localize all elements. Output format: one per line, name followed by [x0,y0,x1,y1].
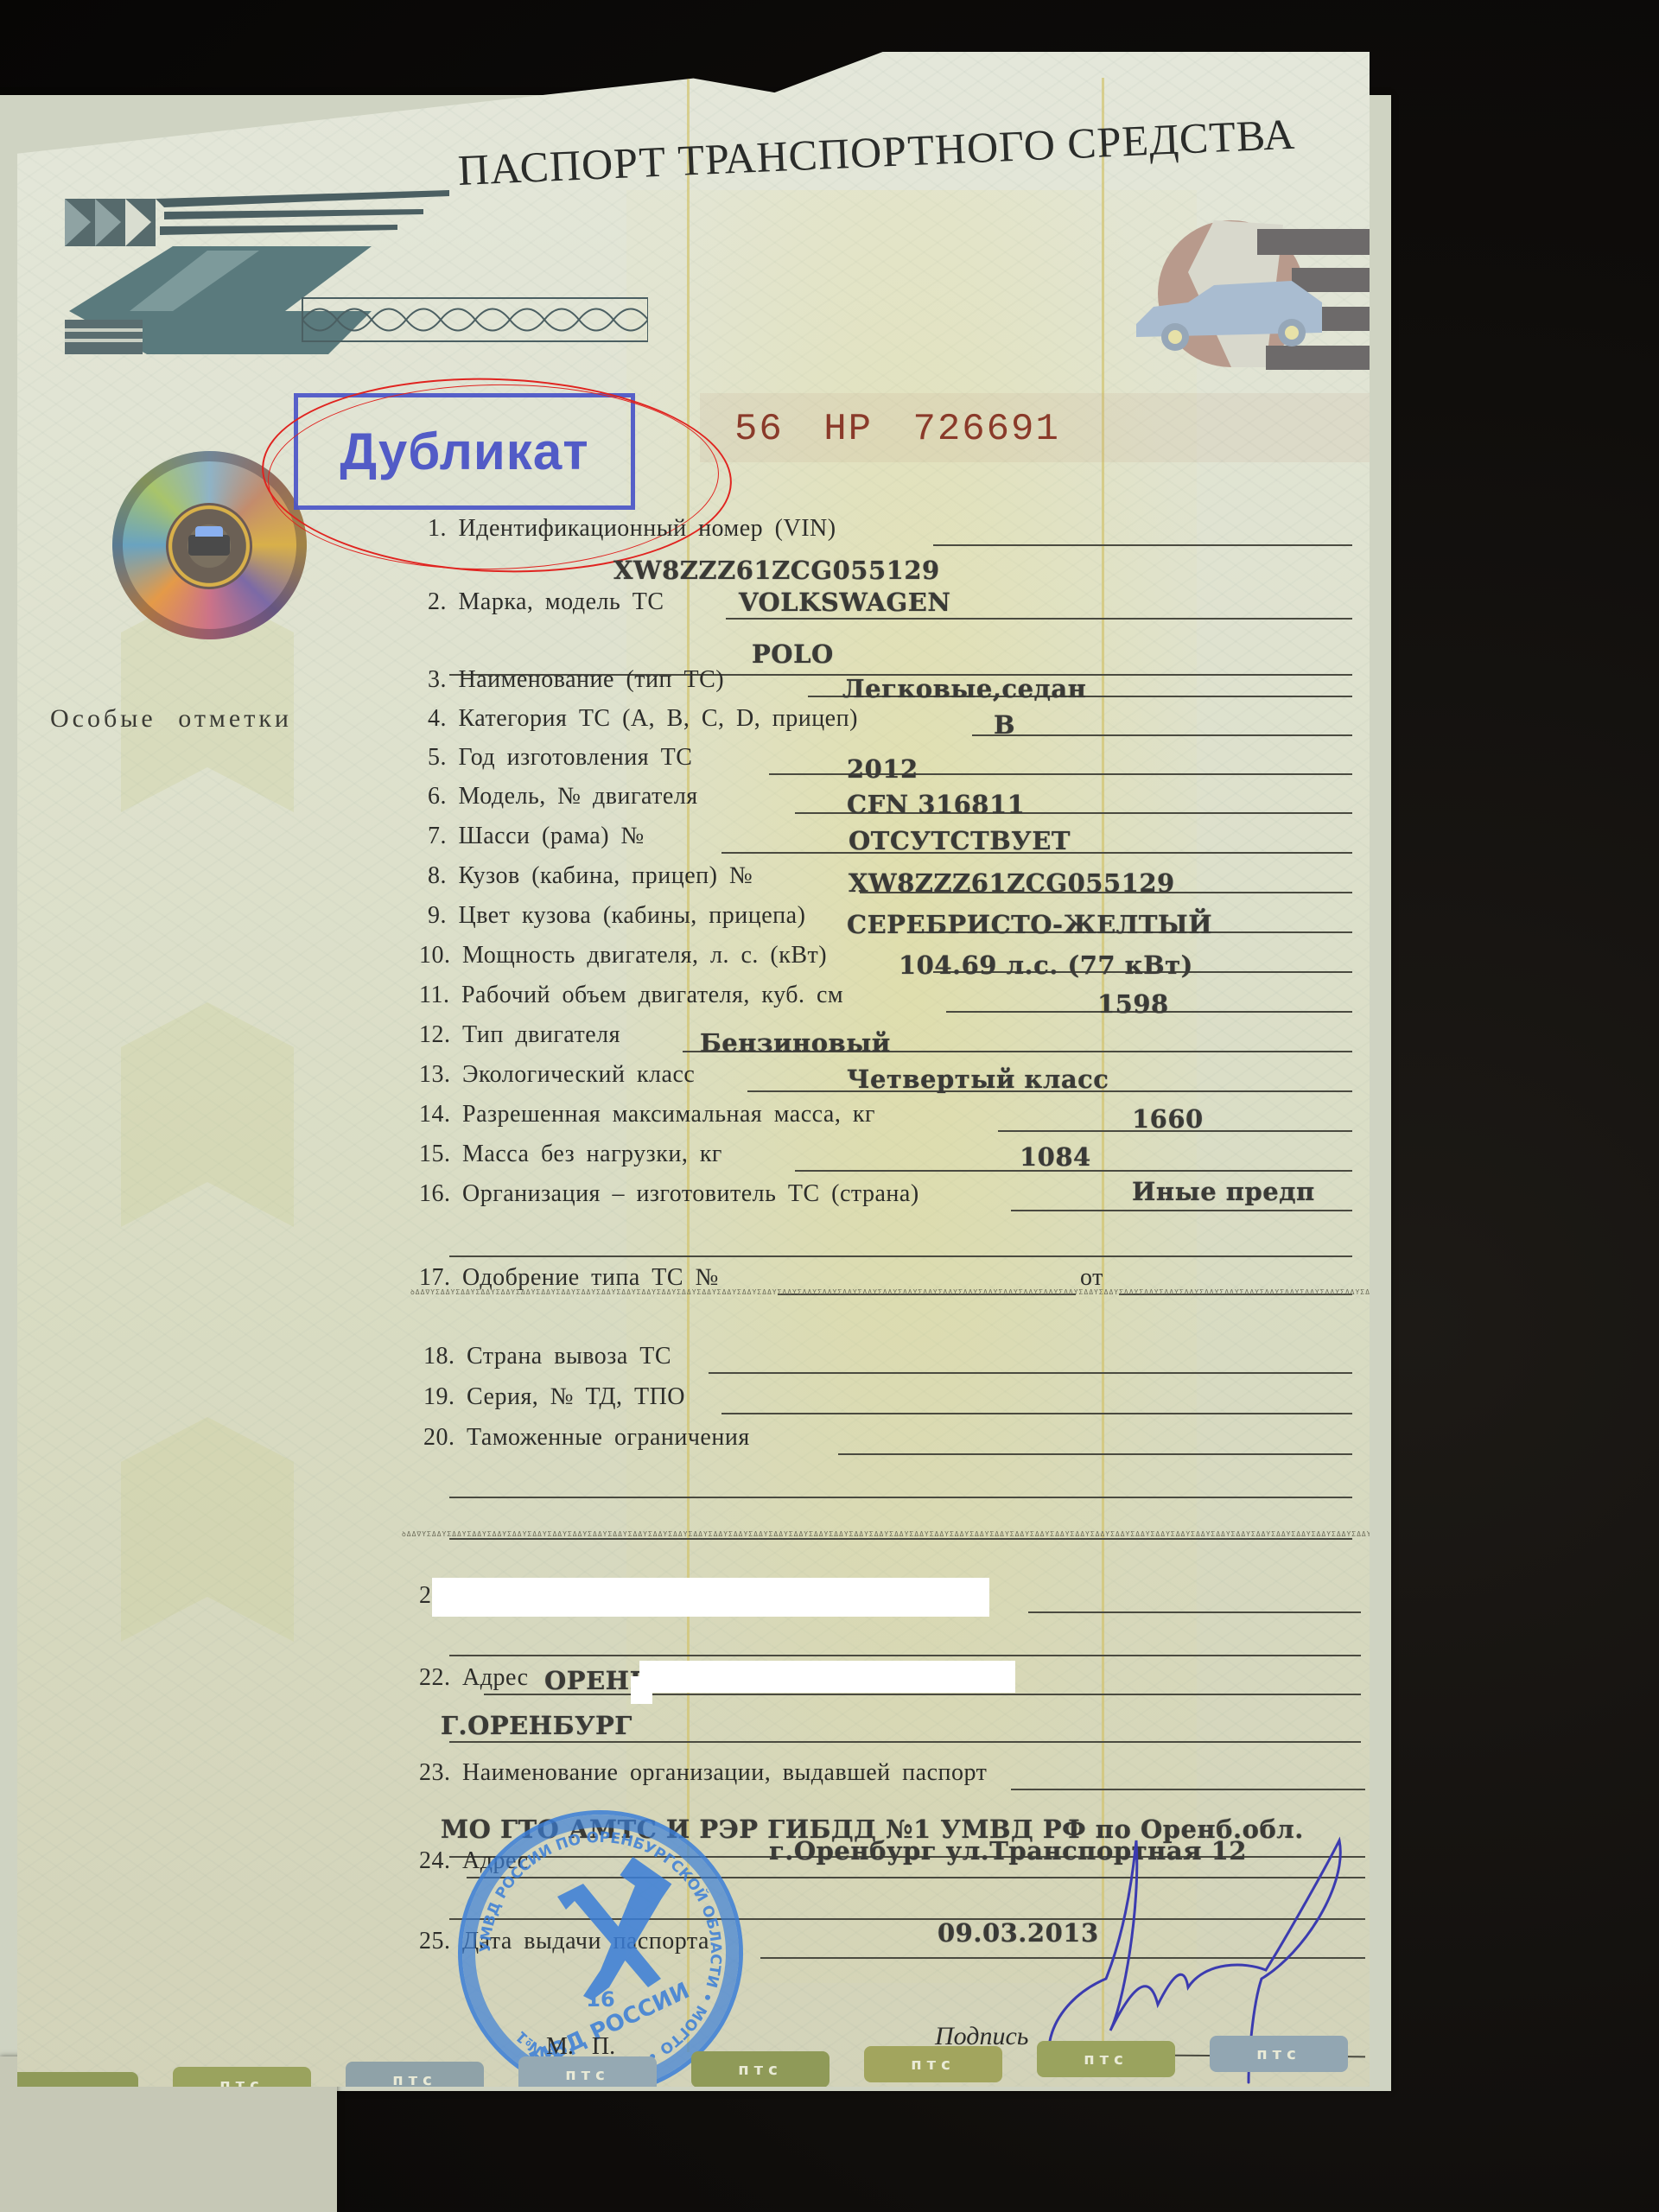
field-continuation-line [449,1497,1352,1498]
field-underline [709,1372,1352,1374]
special-marks-label: Особые отметки [50,704,292,734]
field-label: 11. Рабочий объем двигателя, куб. см [419,982,843,1009]
field-continuation-line [449,1655,1361,1656]
field-value-line2: POLO [752,639,834,669]
field-value: 1660 [1132,1104,1204,1134]
field-label: 16. Организация – изготовитель ТС (стран… [419,1180,919,1208]
pts-band-chip: птс [691,2051,829,2087]
field-value: CFN 316811 [847,790,1025,819]
field-value-line2: Г.ОРЕНБУРГ [441,1711,632,1740]
field-value: 2012 [847,754,918,784]
field-label: 8. Кузов (кабина, прицеп) № [428,862,753,890]
field-label: 7. Шасси (рама) № [428,823,645,850]
hologram-car-icon [188,535,230,556]
field-underline [933,544,1352,546]
field-label: 2. Марка, модель ТС [428,588,664,616]
field-label: 1. Идентификационный номер (VIN) [428,515,836,543]
field-label: 18. Страна вывоза ТС [423,1343,671,1370]
field-value: 1084 [1020,1142,1091,1172]
pts-band-chip: птс [518,2056,657,2087]
document-serial-number: 56 НР 726691 [734,408,1060,451]
watermark-chevron [121,1417,294,1642]
field-value: 1598 [1097,989,1169,1019]
field-underline [972,734,1352,736]
field-label: 12. Тип двигателя [419,1021,620,1049]
field-label: 22. Адрес [419,1664,529,1692]
field-underline [1011,1210,1352,1211]
field-label: 10. Мощность двигателя, л. с. (кВт) [419,942,827,969]
field-label: 15. Масса без нагрузки, кг [419,1141,722,1168]
field-continuation-line [449,1741,1361,1743]
field-label: 3. Наименование (тип ТС) [428,666,724,694]
document-title: ПАСПОРТ ТРАНСПОРТНОГО СРЕДСТВА [457,109,1297,195]
pts-band-chip: птс [864,2046,1002,2082]
ornament-divider: ꝺΔΔ∇ΥΣΔΔΥΣΔΔΥΣΔΔΥΣΔΔΥΣΔΔΥΣΔΔΥΣΔΔΥΣΔΔΥΣΔΔ… [402,1529,1370,1538]
serial-series: НР [823,408,873,451]
redacted-address-fragment [631,1676,652,1704]
serial-number: 726691 [912,408,1059,451]
redacted-address [639,1661,1015,1693]
field-value: Бензиновый [700,1028,891,1058]
field-label: 6. Модель, № двигателя [428,783,698,810]
ornament-divider: ꝺΔΔ∇ΥΣΔΔΥΣΔΔΥΣΔΔΥΣΔΔΥΣΔΔΥΣΔΔΥΣΔΔΥΣΔΔΥΣΔΔ… [410,1287,1370,1296]
field-continuation-line [449,1255,1352,1257]
field-value: Иные предп [1132,1177,1315,1206]
field-label: 19. Серия, № ТД, ТПО [423,1383,685,1411]
field-label: 20. Таможенные ограничения [423,1424,750,1452]
pts-band-chip: птс [1210,2036,1348,2072]
pts-band-chip: птс [173,2067,311,2087]
field-value: 104.69 л.с. (77 кВт) [899,950,1193,980]
watermark-chevron [121,1002,294,1227]
field-underline [721,1413,1352,1414]
field-underline [726,618,1352,620]
field-label: 4. Категория ТС (А, В, С, D, прицеп) [428,705,858,733]
field-value: Легковые,седан [842,674,1086,703]
field-value: XW8ZZZ61ZCG055129 [849,868,1175,898]
redacted-owner-name [432,1578,989,1617]
field-label: 13. Экологический класс [419,1061,695,1089]
field-underline [1011,1789,1365,1790]
pts-band-chip: птс [346,2062,484,2087]
field-continuation-line [449,1538,1352,1540]
field-underline [1028,1611,1361,1613]
vehicle-passport-page: ПАСПОРТ ТРАНСПОРТНОГО СРЕДСТВА 56 НР 726… [17,52,1370,2087]
field-underline [838,1453,1352,1455]
serial-region: 56 [734,408,784,451]
field-value: VOLKSWAGEN [739,588,950,617]
seal-number: 16 [462,1987,739,2012]
field-value: B [994,710,1015,740]
field-label: 14. Разрешенная максимальная масса, кг [419,1101,875,1128]
field-label: 23. Наименование организации, выдавшей п… [419,1759,987,1787]
field-value: Четвертый класс [847,1065,1109,1094]
field-value: СЕРЕБРИСТО-ЖЕЛТЫЙ [847,910,1212,939]
car-emblem-icon [1136,220,1370,376]
field-value: ОТСУТСТВУЕТ [849,826,1071,855]
pts-band-chip: птс [1037,2041,1175,2077]
field-value: XW8ZZZ61ZCG055129 [613,556,940,585]
pts-band-chip: птс [17,2072,138,2087]
field-label: 5. Год изготовления ТС [428,744,692,772]
field-label: 9. Цвет кузова (кабины, прицепа) [428,902,805,930]
